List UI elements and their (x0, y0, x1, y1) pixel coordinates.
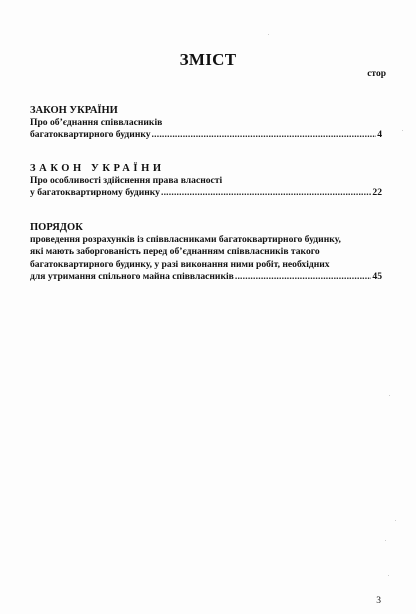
scan-speck (385, 540, 386, 541)
toc-entry-heading: ЗАКОН УКРАЇНИ (30, 104, 382, 117)
toc-entry: ЗАКОН УКРАЇНИ Про об’єднання співвласник… (30, 104, 382, 142)
toc-entry: ПОРЯДОК проведення розрахунків із співвл… (30, 221, 382, 283)
toc-entry-last-line: у багатоквартирному будинку 22 (30, 187, 382, 199)
toc-entry-line: які мають заборгованість перед об’єднанн… (30, 246, 382, 258)
footer-page-number: 3 (376, 596, 381, 606)
toc-entry-last-line: багатоквартирного будинку 4 (30, 129, 382, 141)
toc-leader-dots (235, 271, 372, 283)
toc-entry-line: проведення розрахунків із співвласниками… (30, 234, 382, 246)
toc-page-number: 45 (372, 271, 382, 283)
toc-entry: ЗАКОН УКРАЇНИ Про особливості здійснення… (30, 162, 382, 200)
document-page: ЗМІСТ стор ЗАКОН УКРАЇНИ Про об’єднання … (0, 0, 416, 614)
toc-entry-text: для утримання спільного майна співвласни… (30, 271, 234, 283)
toc-entry-last-line: для утримання спільного майна співвласни… (30, 271, 382, 283)
page-column-label: стор (367, 69, 386, 79)
toc-leader-dots (152, 129, 377, 141)
toc-leader-dots (161, 187, 371, 199)
toc-entry-text: багатоквартирного будинку (30, 129, 151, 141)
scan-speck (389, 395, 390, 396)
toc-page-number: 22 (372, 187, 382, 199)
scan-speck (268, 34, 269, 35)
toc-entry-heading: ЗАКОН УКРАЇНИ (30, 162, 382, 175)
toc-entry-text: у багатоквартирному будинку (30, 187, 160, 199)
scan-speck (388, 575, 389, 576)
toc-entry-line: багатоквартирного будинку, у разі викона… (30, 259, 382, 271)
toc-page-number: 4 (377, 129, 382, 141)
page-title: ЗМІСТ (0, 50, 416, 70)
scan-speck (395, 520, 396, 521)
toc-entry-line: Про об’єднання співвласників (30, 117, 382, 129)
scan-speck (402, 130, 403, 131)
toc-entry-line: Про особливості здійснення права власнос… (30, 175, 382, 187)
toc-entry-heading: ПОРЯДОК (30, 221, 382, 234)
